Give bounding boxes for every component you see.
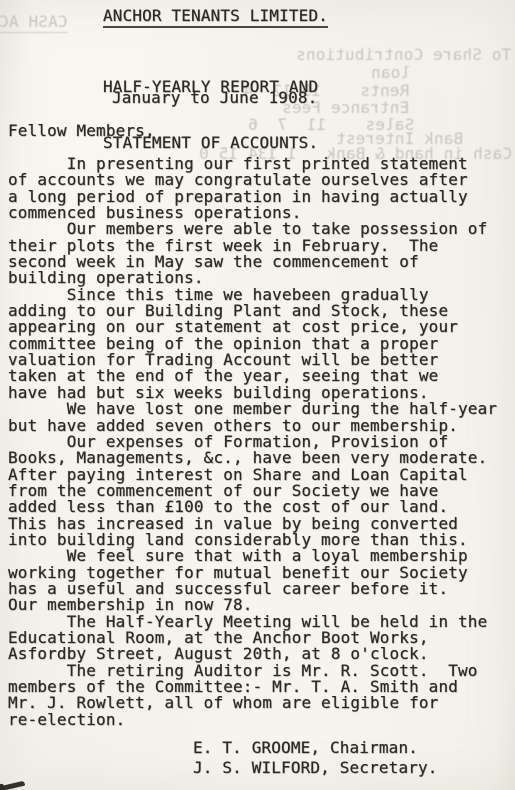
body-line: re-election. [8,712,497,728]
signature-line: J. S. WILFORD, Secretary. [193,758,438,778]
signature-block: E. T. GROOME, Chairman.J. S. WILFORD, Se… [193,738,438,778]
signature-line: E. T. GROOME, Chairman. [193,738,438,758]
bleed-through-text: Bank Interest [336,129,463,148]
document-page: CASH ACTo Share ContributionsloanRents 1… [0,0,515,790]
report-period: January to June 1908. [112,88,317,107]
bleed-through-text: loan [371,63,410,82]
body-text: In presenting our first printed statemen… [8,156,497,728]
bleed-through-text: CASH AC [0,12,67,33]
document-header: ANCHOR TENANTS LIMITED. [103,6,328,28]
bleed-through-text: To Share Contributions [296,45,511,64]
document-title: ANCHOR TENANTS LIMITED. [103,6,328,28]
salutation: Fellow Members, [8,121,155,140]
corner-ink-mark [0,781,25,790]
